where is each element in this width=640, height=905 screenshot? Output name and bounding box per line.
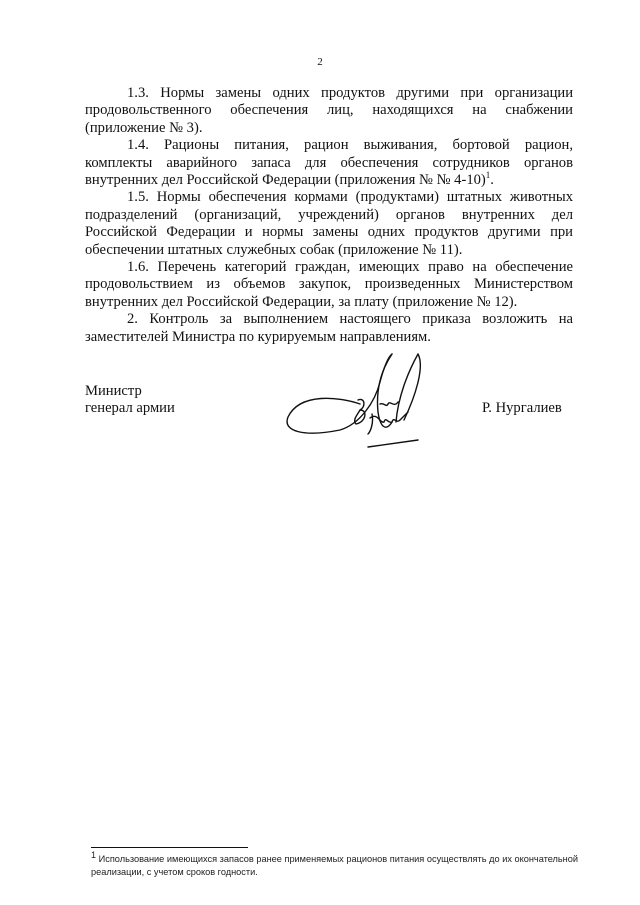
signatory-name: Р. Нургалиев xyxy=(482,400,562,417)
page-number: 2 xyxy=(0,56,640,68)
signatory-position: Министр генерал армии xyxy=(85,383,175,418)
position-rank: генерал армии xyxy=(85,400,175,417)
position-title: Министр xyxy=(85,383,175,400)
handwritten-signature xyxy=(280,352,430,452)
paragraph-1-6: 1.6. Перечень категорий граждан, имеющих… xyxy=(85,259,573,311)
paragraph-2: 2. Контроль за выполнением настоящего пр… xyxy=(85,311,573,346)
footnote-separator xyxy=(91,847,248,848)
paragraph-1-3: 1.3. Нормы замены одних продуктов другим… xyxy=(85,85,573,137)
paragraph-1-5: 1.5. Нормы обеспечения кормами (продукта… xyxy=(85,189,573,259)
footnote: 1 Использование имеющихся запасов ранее … xyxy=(91,853,578,878)
document-body: 1.3. Нормы замены одних продуктов другим… xyxy=(85,85,573,346)
footnote-marker: 1 xyxy=(91,850,96,860)
paragraph-1-4: 1.4. Рационы питания, рацион выживания, … xyxy=(85,137,573,189)
footnote-text: Использование имеющихся запасов ранее пр… xyxy=(91,854,578,877)
